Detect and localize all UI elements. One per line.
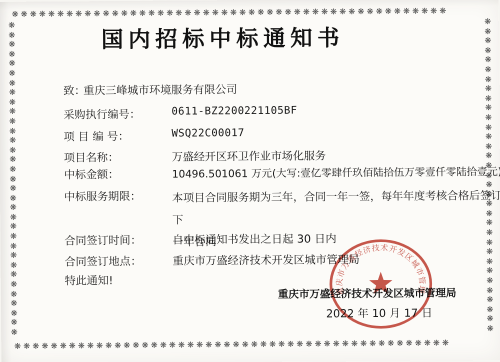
field-label: 合同签订地点： [65, 253, 142, 270]
field-label: 中标服务期限： [64, 188, 141, 205]
field-label: 项目名称： [64, 149, 119, 165]
field-row-service-term: 中标服务期限： 本项目合同服务期为三年，合同一年一签，每年年度考核合格后签订下 … [0, 185, 500, 205]
field-value: 0611-BZ2200221105BF [171, 105, 297, 118]
decorative-border-bottom: ❋❋❋❋❋❋❋❋❋❋❋❋❋❋❋❋❋❋❋❋❋❋❋❋❋❋❋❋❋❋❋❋❋❋❋❋❋❋❋❋… [14, 339, 488, 353]
decorative-border-top: ❋❋❋❋❋❋❋❋❋❋❋❋❋❋❋❋❋❋❋❋❋❋❋❋❋❋❋❋❋❋❋❋❋❋❋❋❋❋❋❋… [12, 7, 486, 21]
recipient-label: 致： [63, 82, 85, 98]
field-row-award-amount: 中标金额： 10496.501061 万元(大写:壹亿零肆仟玖佰陆拾伍万零壹仟零… [0, 163, 500, 183]
field-value: WSQ22C00017 [172, 127, 245, 140]
paper-sheet: ❋❋❋❋❋❋❋❋❋❋❋❋❋❋❋❋❋❋❋❋❋❋❋❋❋❋❋❋❋❋❋❋❋❋❋❋❋❋❋❋… [0, 0, 500, 362]
closing-note: 特此通知! [65, 272, 114, 288]
scanned-notice-page: ❋❋❋❋❋❋❋❋❋❋❋❋❋❋❋❋❋❋❋❋❋❋❋❋❋❋❋❋❋❋❋❋❋❋❋❋❋❋❋❋… [0, 0, 500, 362]
field-row-project-number: 项 目 编 号： WSQ22C00017 [0, 125, 500, 145]
field-value-line-1: 本项目合同服务期为三年，合同一年一签，每年年度考核合格后签订下 [172, 185, 500, 232]
field-label: 项 目 编 号： [64, 128, 130, 145]
field-row-procurement-number: 采购执行编号： 0611-BZ2200221105BF [0, 103, 500, 123]
recipient-row: 致： 重庆三峰城市环境服务有限公司 [0, 79, 499, 99]
field-label: 中标金额： [64, 166, 119, 182]
field-label: 合同签订时间： [64, 232, 141, 249]
field-value: 万盛经开区环卫作业市场化服务 [172, 147, 326, 164]
field-label: 采购执行编号： [63, 106, 140, 123]
field-value: 自中标通知书发出之日起 30 日内 [172, 230, 336, 247]
recipient-name: 重庆三峰城市环境服务有限公司 [83, 81, 237, 98]
field-value: 10496.501061 万元(大写:壹亿零肆仟玖佰陆拾伍万零壹仟零陆拾壹元) [172, 163, 500, 181]
official-red-seal: 重庆市万盛经济技术开发区城市管理局 [326, 237, 435, 332]
seal-star-icon [369, 272, 392, 294]
page-title: 国内招标中标通知书 [0, 20, 447, 55]
